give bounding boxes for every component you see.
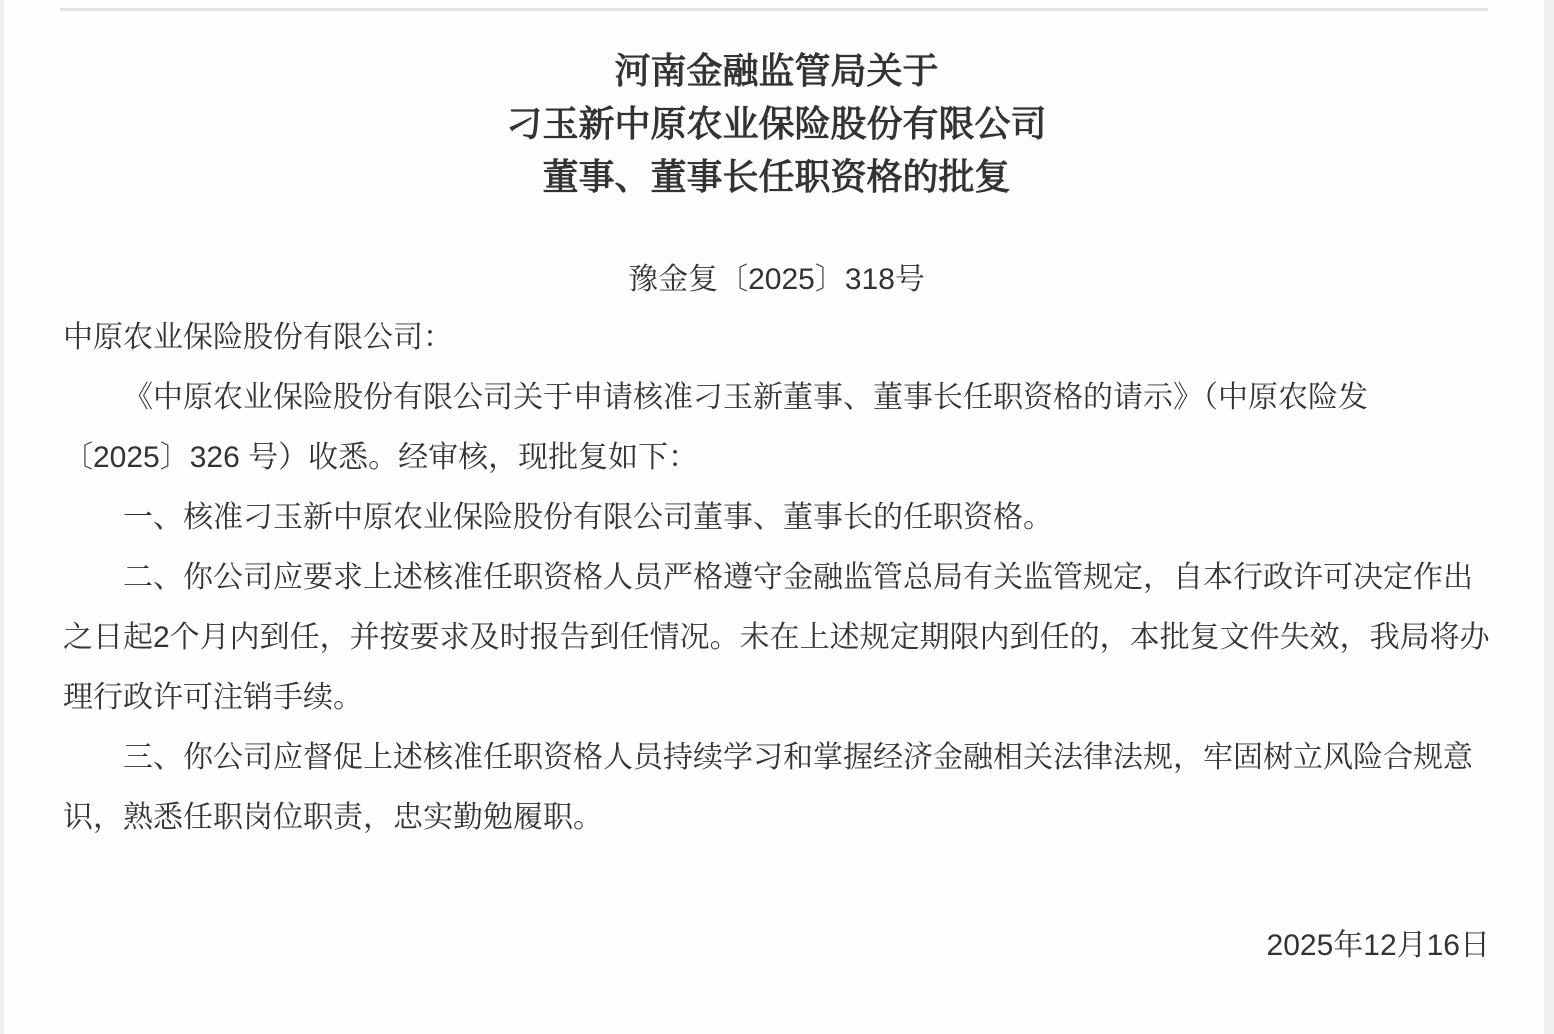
- title-line-2: 刁玉新中原农业保险股份有限公司: [63, 97, 1490, 150]
- paragraph-1-line-2: 〔2025〕326 号）收悉。经审核，现批复如下：: [63, 428, 1490, 488]
- title-line-3: 董事、董事长任职资格的批复: [63, 150, 1490, 203]
- document-page: 河南金融监管局关于 刁玉新中原农业保险股份有限公司 董事、董事长任职资格的批复 …: [63, 0, 1490, 976]
- paragraph-2: 一、核准刁玉新中原农业保险股份有限公司董事、董事长的任职资格。: [63, 488, 1490, 548]
- title-line-1: 河南金融监管局关于: [63, 44, 1490, 97]
- paragraph-3-line-1: 二、你公司应要求上述核准任职资格人员严格遵守金融监管总局有关监管规定，自本行政许…: [63, 548, 1490, 608]
- document-number: 豫金复〔2025〕318号: [63, 253, 1490, 306]
- paragraph-3-line-3: 理行政许可注销手续。: [63, 668, 1490, 728]
- paragraph-3-line-2: 之日起2个月内到任，并按要求及时报告到任情况。未在上述规定期限内到任的，本批复文…: [63, 608, 1490, 668]
- paragraph-4: 三、你公司应督促上述核准任职资格人员持续学习和掌握经济金融相关法律法规，牢固树立…: [63, 728, 1490, 848]
- document-title: 河南金融监管局关于 刁玉新中原农业保险股份有限公司 董事、董事长任职资格的批复: [63, 0, 1490, 203]
- salutation: 中原农业保险股份有限公司：: [63, 308, 1490, 368]
- paragraph-4-line-2: 识，熟悉任职岗位职责，忠实勤勉履职。: [63, 788, 1490, 848]
- right-edge-strip: [1544, 0, 1554, 1034]
- paragraph-1-line-1: 《中原农业保险股份有限公司关于申请核准刁玉新董事、董事长任职资格的请示》（中原农…: [63, 368, 1490, 428]
- paragraph-1: 《中原农业保险股份有限公司关于申请核准刁玉新董事、董事长任职资格的请示》（中原农…: [63, 368, 1490, 488]
- paragraph-4-line-1: 三、你公司应督促上述核准任职资格人员持续学习和掌握经济金融相关法律法规，牢固树立…: [63, 728, 1490, 788]
- paragraph-3: 二、你公司应要求上述核准任职资格人员严格遵守金融监管总局有关监管规定，自本行政许…: [63, 548, 1490, 728]
- paragraph-2-line-1: 一、核准刁玉新中原农业保险股份有限公司董事、董事长的任职资格。: [63, 488, 1490, 548]
- document-body: 中原农业保险股份有限公司： 《中原农业保险股份有限公司关于申请核准刁玉新董事、董…: [63, 308, 1490, 976]
- left-edge-strip: [0, 0, 4, 1034]
- document-date: 2025年12月16日: [63, 916, 1490, 976]
